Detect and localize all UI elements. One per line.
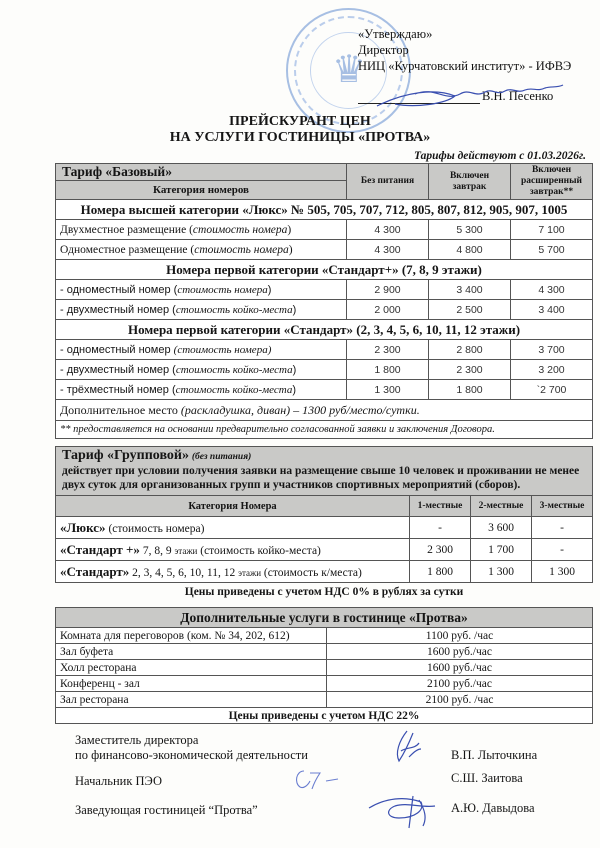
price-cell: 1 700 — [471, 539, 532, 561]
footnote: ** предоставляется на основании предвари… — [56, 421, 593, 439]
room-type-pricing-basis: стоимость номера — [193, 224, 287, 236]
service-price: 1100 руб. /час — [327, 628, 593, 644]
price-cell: 2 300 — [347, 340, 429, 360]
room-type: - одноместный номер (стоимость номера) — [56, 340, 347, 360]
table-row: Холл ресторана1600 руб./час — [56, 660, 593, 676]
room-type-label: - одноместный номер ( — [60, 284, 177, 296]
table-row: Двухместное размещение (стоимость номера… — [56, 220, 593, 240]
group-category-header: Категория Номера — [56, 496, 410, 517]
price-cell: 1 800 — [429, 380, 511, 400]
group-tariff-title: Тариф «Групповой» — [62, 448, 189, 463]
room-type: - одноместный номер (стоимость номера) — [56, 280, 347, 300]
approval-line-3: НИЦ «Курчатовский институт» - ИФВЭ — [358, 58, 571, 74]
service-price: 2100 руб. /час — [327, 692, 593, 708]
price-cell: `2 700 — [511, 380, 593, 400]
group-room-floors-label: этажи — [238, 568, 261, 578]
room-type: - двухместный номер (стоимость койко-мес… — [56, 360, 347, 380]
table-row: «Люкс» (стоимость номера)-3 600- — [56, 517, 593, 539]
price-cell: - — [532, 517, 593, 539]
price-cell: 4 300 — [511, 280, 593, 300]
table-row: - одноместный номер (стоимость номера)2 … — [56, 280, 593, 300]
room-type-pricing-basis: стоимость койко-места — [176, 364, 293, 376]
price-cell: 2 900 — [347, 280, 429, 300]
title-line-1: ПРЕЙСКУРАНТ ЦЕН — [0, 114, 600, 130]
title-line-2: НА УСЛУГИ ГОСТИНИЦЫ «ПРОТВА» — [0, 130, 600, 146]
room-type-label-end: ) — [268, 284, 272, 296]
extra-bed-detail: (раскладушка, диван) – 1300 руб/место/су… — [181, 403, 420, 417]
room-type: - трёхместный номер (стоимость койко-мес… — [56, 380, 347, 400]
approval-line-2: Директор — [358, 42, 571, 58]
service-name: Зал буфета — [56, 644, 327, 660]
service-price: 1600 руб./час — [327, 644, 593, 660]
room-type-pricing-basis: стоимость номера — [194, 244, 288, 256]
signatory-1-position-line-2: по финансово-экономической деятельности — [75, 748, 308, 763]
extra-services-caption: Цены приведены с учетом НДС 22% — [56, 708, 593, 724]
price-cell: - — [532, 539, 593, 561]
group-tariff-subtitle: (без питания) — [192, 452, 251, 462]
approval-line-1: «Утверждаю» — [358, 26, 571, 42]
category-header: Категория номеров — [56, 181, 347, 200]
price-cell: 4 300 — [347, 240, 429, 260]
page-title: ПРЕЙСКУРАНТ ЦЕН НА УСЛУГИ ГОСТИНИЦЫ «ПРО… — [0, 114, 600, 146]
section-heading: Номера первой категории «Стандарт+» (7, … — [56, 260, 593, 280]
table-row: «Стандарт» 2, 3, 4, 5, 6, 10, 11, 12 эта… — [56, 561, 593, 583]
room-type-label: - одноместный номер — [60, 344, 174, 356]
room-type-label: - двухместный номер ( — [60, 364, 176, 376]
director-signature-icon — [375, 82, 565, 110]
group-room-name: «Стандарт» — [60, 564, 129, 579]
room-type-label-end: ) — [293, 364, 297, 376]
table-row: Зал буфета1600 руб./час — [56, 644, 593, 660]
group-price-caption: Цены приведены с учетом НДС 0% в рублях … — [55, 586, 593, 598]
price-cell: 5 300 — [429, 220, 511, 240]
group-room-name: «Люкс» — [60, 520, 106, 535]
price-cell: 2 000 — [347, 300, 429, 320]
service-name: Холл ресторана — [56, 660, 327, 676]
signature-2-icon — [290, 767, 340, 791]
column-header-no-meals: Без питания — [347, 164, 429, 200]
column-header-breakfast: Включен завтрак — [429, 164, 511, 200]
room-type-label: Двухместное размещение ( — [60, 224, 193, 236]
room-type-label: - трёхместный номер ( — [60, 384, 176, 396]
table-row: - трёхместный номер (стоимость койко-мес… — [56, 380, 593, 400]
price-cell: 5 700 — [511, 240, 593, 260]
group-room-category: «Люкс» (стоимость номера) — [56, 517, 410, 539]
price-cell: 2 800 — [429, 340, 511, 360]
price-cell: 3 400 — [511, 300, 593, 320]
room-type-pricing-basis: стоимость койко-места — [176, 304, 293, 316]
table-row: Одноместное размещение (стоимость номера… — [56, 240, 593, 260]
group-column-triple: 3-местные — [532, 496, 593, 517]
table-row: - двухместный номер (стоимость койко-мес… — [56, 300, 593, 320]
price-cell: 3 600 — [471, 517, 532, 539]
price-cell: 3 700 — [511, 340, 593, 360]
section-heading: Номера первой категории «Стандарт» (2, 3… — [56, 320, 593, 340]
room-type: - двухместный номер (стоимость койко-мес… — [56, 300, 347, 320]
group-column-double: 2-местные — [471, 496, 532, 517]
signatory-2-name: С.Ш. Заитова — [451, 771, 523, 786]
basic-tariff-title: Тариф «Базовый» — [56, 164, 347, 181]
group-tariff-header: Тариф «Групповой» (без питания) действуе… — [56, 447, 593, 496]
room-type-pricing-basis: стоимость койко-места — [176, 384, 293, 396]
validity-date: Тарифы действуют с 01.03.2026г. — [414, 150, 586, 162]
signatory-1-name: В.П. Лыточкина — [451, 748, 537, 763]
extra-bed-label: Дополнительное место — [60, 403, 181, 417]
service-price: 2100 руб./час — [327, 676, 593, 692]
price-cell: 2 500 — [429, 300, 511, 320]
group-room-category: «Стандарт» 2, 3, 4, 5, 6, 10, 11, 12 эта… — [56, 561, 410, 583]
signature-1-icon — [385, 727, 425, 767]
price-cell: 1 800 — [347, 360, 429, 380]
price-cell: 2 300 — [429, 360, 511, 380]
price-cell: 2 300 — [410, 539, 471, 561]
extra-services-table: Дополнительные услуги в гостинице «Протв… — [55, 607, 593, 724]
price-cell: 1 300 — [471, 561, 532, 583]
signatory-1-position: Заместитель директора по финансово-эконо… — [75, 733, 308, 763]
price-cell: - — [410, 517, 471, 539]
room-type-label-end: ) — [287, 224, 291, 236]
price-cell: 1 300 — [532, 561, 593, 583]
service-name: Комната для переговоров (ком. № 34, 202,… — [56, 628, 327, 644]
room-type: Двухместное размещение (стоимость номера… — [56, 220, 347, 240]
extra-bed-note: Дополнительное место (раскладушка, диван… — [56, 400, 593, 421]
price-cell: 3 200 — [511, 360, 593, 380]
group-room-floors: 7, 8, 9 — [140, 545, 175, 557]
signatory-3-name: А.Ю. Давыдова — [451, 801, 535, 816]
room-type-label: Одноместное размещение ( — [60, 244, 194, 256]
signatory-2-position: Начальник ПЭО — [75, 774, 162, 789]
section-heading: Номера высшей категории «Люкс» № 505, 70… — [56, 200, 593, 220]
table-row: - одноместный номер (стоимость номера)2 … — [56, 340, 593, 360]
group-column-single: 1-местные — [410, 496, 471, 517]
price-cell: 1 300 — [347, 380, 429, 400]
room-type-label-end: ) — [292, 384, 296, 396]
group-room-floors-label: этажи — [174, 546, 197, 556]
service-name: Зал ресторана — [56, 692, 327, 708]
signatory-1-position-line-1: Заместитель директора — [75, 733, 308, 748]
price-cell: 7 100 — [511, 220, 593, 240]
room-type: Одноместное размещение (стоимость номера… — [56, 240, 347, 260]
price-cell: 4 300 — [347, 220, 429, 240]
signatory-3-position: Заведующая гостиницей “Протва” — [75, 803, 258, 818]
group-room-floors: 2, 3, 4, 5, 6, 10, 11, 12 — [129, 567, 238, 579]
service-price: 1600 руб./час — [327, 660, 593, 676]
room-type-label: - двухместный номер ( — [60, 304, 176, 316]
group-room-pricing-basis: (стоимость койко-места) — [197, 545, 321, 557]
table-row: - двухместный номер (стоимость койко-мес… — [56, 360, 593, 380]
signature-3-icon — [365, 792, 445, 832]
table-row: Комната для переговоров (ком. № 34, 202,… — [56, 628, 593, 644]
basic-tariff-table: Тариф «Базовый» Без питания Включен завт… — [55, 163, 593, 439]
price-cell: 1 800 — [410, 561, 471, 583]
group-tariff-description: действует при условии получения заявки н… — [62, 465, 579, 491]
room-type-label-end: ) — [289, 244, 293, 256]
room-type-pricing-basis: стоимость номера — [177, 284, 267, 296]
price-cell: 4 800 — [429, 240, 511, 260]
column-header-extended-breakfast: Включен расширенный завтрак** — [511, 164, 593, 200]
service-name: Конференц - зал — [56, 676, 327, 692]
room-type-pricing-basis: (стоимость номера) — [174, 344, 272, 356]
group-room-category: «Стандарт +» 7, 8, 9 этажи (стоимость ко… — [56, 539, 410, 561]
group-room-pricing-basis: (стоимость к/места) — [261, 567, 362, 579]
table-row: «Стандарт +» 7, 8, 9 этажи (стоимость ко… — [56, 539, 593, 561]
extra-services-title: Дополнительные услуги в гостинице «Протв… — [56, 608, 593, 628]
price-cell: 3 400 — [429, 280, 511, 300]
group-room-name: «Стандарт +» — [60, 542, 140, 557]
table-row: Конференц - зал2100 руб./час — [56, 676, 593, 692]
group-room-pricing-basis: (стоимость номера) — [106, 523, 205, 535]
group-tariff-table: Тариф «Групповой» (без питания) действуе… — [55, 446, 593, 583]
table-row: Зал ресторана2100 руб. /час — [56, 692, 593, 708]
room-type-label-end: ) — [293, 304, 297, 316]
